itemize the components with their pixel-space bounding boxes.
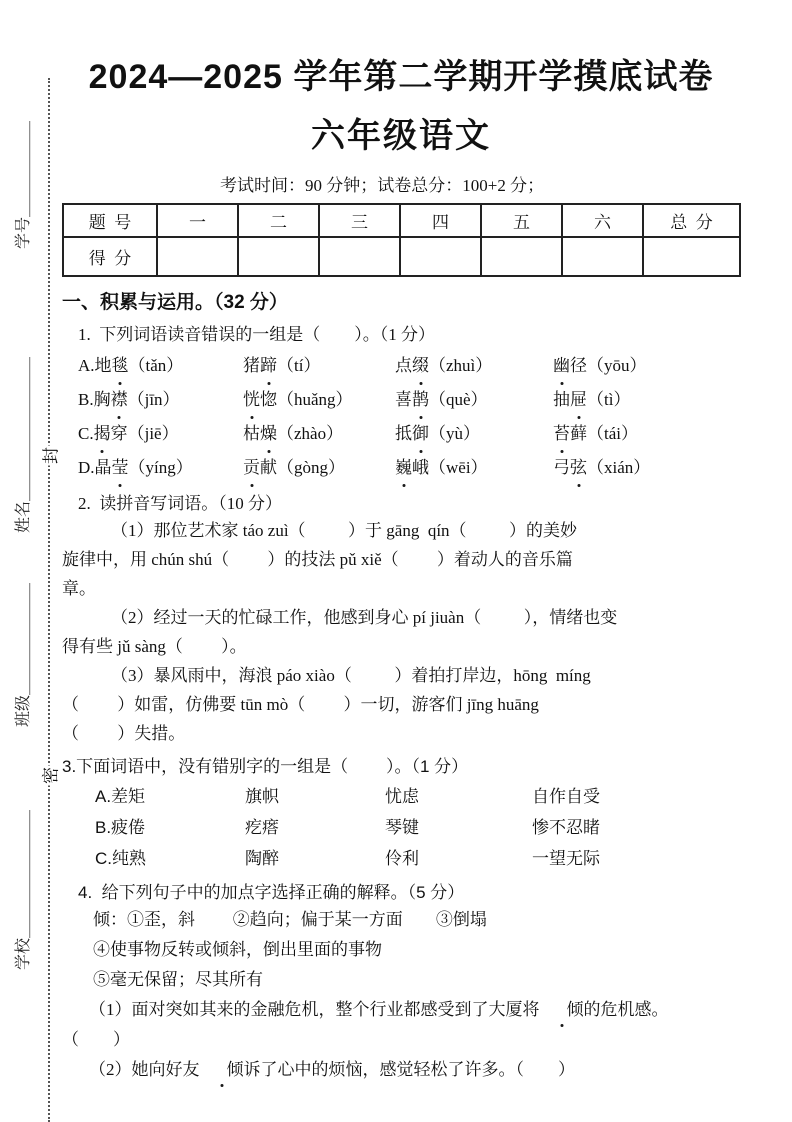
- q3-word: 陶醉: [245, 843, 385, 874]
- section1-heading: 一、积累与运用。（32 分）: [62, 290, 740, 316]
- q3-word: A.差矩: [95, 781, 245, 812]
- q2-stem: 2. 读拼音写词语。（10 分）: [62, 492, 740, 516]
- seal-dotted-line: [48, 78, 50, 1122]
- q3-word: 琴键: [385, 812, 532, 843]
- q4-definition-2: ④使事物反转或倾斜，倒出里面的事物: [62, 935, 740, 965]
- q3-word: 疙瘩: [245, 812, 385, 843]
- q3-word: 旗帜: [245, 781, 385, 812]
- q1-word: 苔藓（tái）: [553, 417, 740, 451]
- q3-options: A.差矩 旗帜 忧虑 自作自受 B.疲倦 疙瘩 琴键 惨不忍睹 C.纯熟 陶醉 …: [62, 781, 740, 874]
- score-table-header-cell: 一: [157, 204, 238, 237]
- q3-option-row-a: A.差矩 旗帜 忧虑 自作自受: [62, 781, 740, 812]
- q3-option-row-b: B.疲倦 疙瘩 琴键 惨不忍睹: [62, 812, 740, 843]
- q1-word: 贡献（gòng）: [243, 451, 395, 485]
- score-table-header-cell: 二: [238, 204, 319, 237]
- q3-word: 一望无际: [532, 843, 740, 874]
- page-subtitle: 六年级语文: [62, 113, 740, 159]
- score-cell: [562, 237, 643, 276]
- q1-word: D.晶莹（yíng）: [78, 451, 243, 485]
- exam-info-line: 考试时间：90 分钟；试卷总分：100+2 分；: [220, 175, 740, 196]
- student-name-label: 姓名＿＿＿＿＿＿＿＿＿: [14, 333, 34, 557]
- score-table-header-cell: 总 分: [643, 204, 740, 237]
- q3-word: 伶利: [385, 843, 532, 874]
- q1-word: 喜鹊（què）: [395, 383, 553, 417]
- q3-word: C.纯熟: [95, 843, 245, 874]
- q1-option-row-c: C.揭穿（jiē） 枯燥（zhào） 抵御（yù） 苔藓（tái）: [62, 417, 740, 451]
- q1-options: A.地毯（tǎn） 猪蹄（tí） 点缀（zhuì） 幽径（yōu） B.胸襟（j…: [62, 349, 740, 485]
- score-table-score-row: 得 分: [63, 237, 740, 276]
- q3-option-row-c: C.纯熟 陶醉 伶利 一望无际: [62, 843, 740, 874]
- score-table-header-cell: 五: [481, 204, 562, 237]
- score-table-header-cell: 三: [319, 204, 400, 237]
- q1-word: 幽径（yōu）: [553, 349, 740, 383]
- exam-paper-page: 封 密 学号＿＿＿＿＿＿ 姓名＿＿＿＿＿＿＿＿＿ 班级＿＿＿＿＿＿＿ 学校＿＿＿…: [0, 0, 792, 1122]
- q2-paragraph-1: （1）那位艺术家 táo zuì（ ）于 gāng qín（ ）的美妙 旋律中，…: [62, 516, 740, 603]
- q4-definition-3: ⑤毫无保留；尽其所有: [62, 965, 740, 995]
- q1-word: 巍峨（wēi）: [395, 451, 553, 485]
- q1-word: 枯燥（zhào）: [243, 417, 395, 451]
- q4-definition-1: 倾：①歪，斜 ②趋向；偏于某一方面 ③倒塌: [62, 905, 740, 935]
- q2-paragraph-3: （3）暴风雨中，海浪 páo xiào（ ）着拍打岸边，hōng míng （ …: [62, 661, 740, 748]
- q3-word: 自作自受: [532, 781, 740, 812]
- score-cell: [238, 237, 319, 276]
- score-cell: [400, 237, 481, 276]
- student-id-label: 学号＿＿＿＿＿＿: [14, 110, 34, 260]
- q3-word: 忧虑: [385, 781, 532, 812]
- score-cell: [319, 237, 400, 276]
- q1-word: 弓弦（xián）: [553, 451, 740, 485]
- q4-sentence-2: （2）她向好友倾诉了心中的烦恼，感觉轻松了许多。（ ）: [62, 1055, 740, 1085]
- score-row-label: 得 分: [63, 237, 157, 276]
- school-label: 学校＿＿＿＿＿＿＿＿: [14, 775, 34, 1005]
- q1-word: 恍惚（huǎng）: [243, 383, 395, 417]
- score-table: 题 号 一 二 三 四 五 六 总 分 得 分: [62, 203, 741, 277]
- q4-sentence-1: （1）面对突如其来的金融危机，整个行业都感受到了大厦将倾的危机感。（ ）: [62, 995, 740, 1055]
- score-cell: [481, 237, 562, 276]
- score-table-header-cell: 四: [400, 204, 481, 237]
- score-table-header-cell: 六: [562, 204, 643, 237]
- q1-word: C.揭穿（jiē）: [78, 417, 243, 451]
- page-title: 2024—2025 学年第二学期开学摸底试卷: [62, 53, 740, 101]
- q1-option-row-d: D.晶莹（yíng） 贡献（gòng） 巍峨（wēi） 弓弦（xián）: [62, 451, 740, 485]
- q3-word: 惨不忍睹: [532, 812, 740, 843]
- main-content: 2024—2025 学年第二学期开学摸底试卷 六年级语文 考试时间：90 分钟；…: [62, 45, 740, 1085]
- q1-word: 点缀（zhuì）: [395, 349, 553, 383]
- q1-word: 抵御（yù）: [395, 417, 553, 451]
- score-cell: [643, 237, 740, 276]
- class-label: 班级＿＿＿＿＿＿＿: [14, 563, 34, 747]
- score-table-header-cell: 题 号: [63, 204, 157, 237]
- q1-word: A.地毯（tǎn）: [78, 349, 243, 383]
- q1-word: 猪蹄（tí）: [243, 349, 395, 383]
- q3-word: B.疲倦: [95, 812, 245, 843]
- q1-option-row-b: B.胸襟（jīn） 恍惚（huǎng） 喜鹊（què） 抽屉（tì）: [62, 383, 740, 417]
- score-table-header-row: 题 号 一 二 三 四 五 六 总 分: [63, 204, 740, 237]
- q2-paragraph-2: （2）经过一天的忙碌工作，他感到身心 pí jiuàn（ ），情绪也变 得有些 …: [62, 603, 740, 661]
- q4-stem: 4. 给下列句子中的加点字选择正确的解释。（5 分）: [62, 881, 740, 905]
- q3-stem: 3.下面词语中，没有错别字的一组是（ ）。（1 分）: [62, 755, 740, 779]
- q1-option-row-a: A.地毯（tǎn） 猪蹄（tí） 点缀（zhuì） 幽径（yōu）: [62, 349, 740, 383]
- q1-word: 抽屉（tì）: [553, 383, 740, 417]
- q1-stem: 1. 下列词语读音错误的一组是（ ）。（1 分）: [62, 323, 740, 347]
- q1-word: B.胸襟（jīn）: [78, 383, 243, 417]
- score-cell: [157, 237, 238, 276]
